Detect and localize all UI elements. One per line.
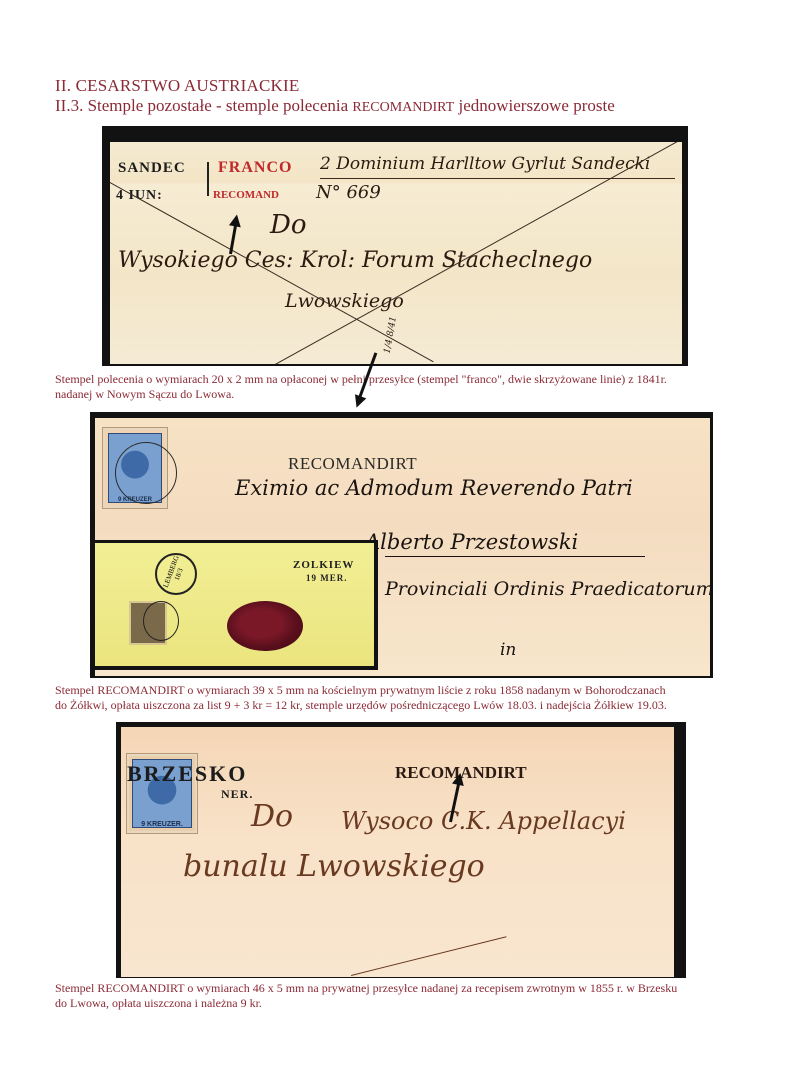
recomand-mark: RECOMAND bbox=[213, 189, 279, 201]
cover-3: 9 KREUZER. BRZESKO NER. RECOMANDIRT Do W… bbox=[121, 727, 674, 977]
address-line-2: bunalu Lwowskiego bbox=[183, 849, 485, 884]
caption-3: Stempel RECOMANDIRT o wymiarach 46 x 5 m… bbox=[55, 981, 755, 1011]
address-line-1: Wysoco C.K. Appellacyi bbox=[341, 807, 626, 835]
caption-3-line-2: do Lwowa, opłata uiszczona i należna 9 k… bbox=[55, 996, 755, 1011]
caption-1-line-2: nadanej w Nowym Sączu do Lwowa. bbox=[55, 387, 755, 402]
caption-1: Stempel polecenia o wymiarach 20 x 2 mm … bbox=[55, 372, 755, 402]
underline bbox=[320, 178, 675, 179]
arrival-mark-date: 19 MER. bbox=[306, 573, 348, 583]
divider-stroke bbox=[207, 162, 209, 196]
cover-2-reverse: LEMBERG 18/3 ZOLKIEW 19 MER. bbox=[95, 543, 374, 666]
caption-3-line-1: Stempel RECOMANDIRT o wymiarach 46 x 5 m… bbox=[55, 981, 755, 996]
caption-2-line-2: do Żółkwi, opłata uiszczona za list 9 + … bbox=[55, 698, 755, 713]
cancel-cds bbox=[115, 442, 177, 504]
address-do: Do bbox=[270, 210, 307, 240]
address-do: Do bbox=[251, 799, 293, 834]
address-line-1: 2 Dominium Harlltow Gyrlut Sandecki bbox=[320, 154, 650, 174]
postmark-town: SANDEC bbox=[118, 160, 186, 177]
franco-mark: FRANCO bbox=[218, 159, 292, 177]
underline bbox=[385, 556, 645, 557]
address-line-1: Eximio ac Admodum Reverendo Patri bbox=[235, 476, 633, 500]
stamp-value: 9 KREUZER. bbox=[129, 821, 195, 828]
postmark-date: NER. bbox=[221, 787, 253, 802]
caption-1-line-1: Stempel polecenia o wymiarach 20 x 2 mm … bbox=[55, 372, 755, 387]
subheading-mark: RECOMANDIRT bbox=[352, 100, 454, 115]
caption-2: Stempel RECOMANDIRT o wymiarach 39 x 5 m… bbox=[55, 683, 755, 713]
postmark-town: BRZESKO bbox=[127, 761, 247, 787]
origin-cds bbox=[143, 601, 179, 641]
subheading-prefix: II.3. Stemple pozostałe - stemple polece… bbox=[55, 96, 352, 115]
page-heading: II. CESARSTWO AUSTRIACKIE bbox=[55, 76, 299, 96]
address-line-4: in bbox=[500, 640, 516, 660]
address-line-2: Alberto Przestowski bbox=[365, 530, 578, 554]
recomandirt-mark: RECOMANDIRT bbox=[288, 454, 417, 474]
address-line-3: Provinciali Ordinis Praedicatorum bbox=[385, 578, 710, 600]
registration-number: N° 669 bbox=[316, 182, 381, 203]
cover-1: SANDEC 4 IUN: FRANCO RECOMAND 2 Dominium… bbox=[110, 142, 682, 364]
flourish bbox=[351, 936, 506, 976]
wax-seal bbox=[227, 601, 303, 651]
address-line-2: Wysokiego Ces: Krol: Forum Stacheclnego bbox=[118, 248, 592, 273]
caption-2-line-1: Stempel RECOMANDIRT o wymiarach 39 x 5 m… bbox=[55, 683, 755, 698]
page-subheading: II.3. Stemple pozostałe - stemple polece… bbox=[55, 96, 615, 116]
arrival-mark-town: ZOLKIEW bbox=[293, 559, 354, 571]
subheading-suffix: jednowierszowe proste bbox=[454, 96, 615, 115]
